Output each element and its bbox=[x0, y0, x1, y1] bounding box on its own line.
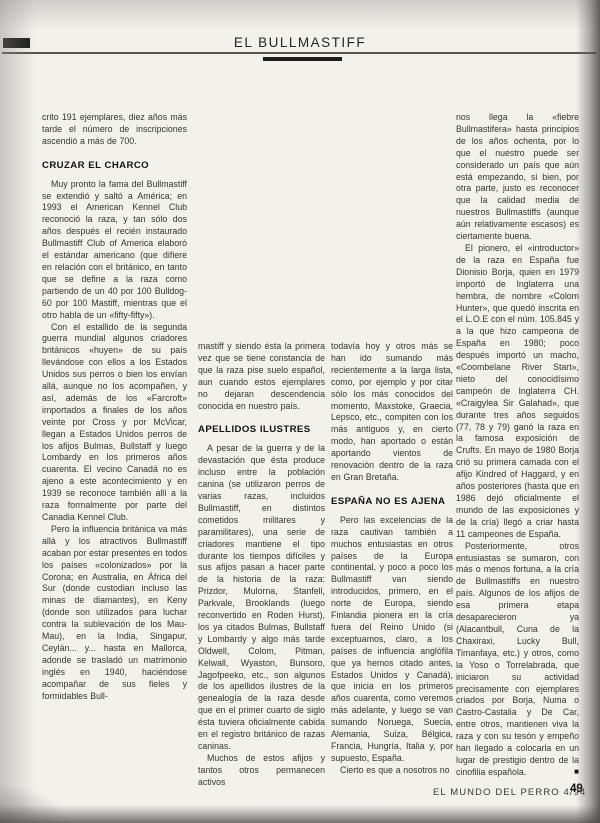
paragraph: todavía hoy y otros más se han ido suman… bbox=[331, 341, 453, 484]
paragraph: mastiff y siendo ésta la primera vez que… bbox=[198, 341, 325, 412]
paragraph: crito 191 ejemplares, diez años más tard… bbox=[42, 112, 187, 148]
article-column-1: crito 191 ejemplares, diez años más tard… bbox=[42, 112, 187, 703]
article-column-4: nos llega la «fiebre Bullmastifera» hast… bbox=[456, 112, 579, 779]
footer-page-number: 49 bbox=[570, 783, 583, 795]
header-rule bbox=[2, 52, 596, 54]
article-column-3: todavía hoy y otros más se han ido suman… bbox=[331, 341, 453, 777]
scan-corner-shadow bbox=[0, 783, 70, 823]
page-header-title: EL BULLMASTIFF bbox=[0, 35, 600, 50]
scan-edge-top bbox=[0, 0, 600, 30]
section-heading: APELLIDOS ILUSTRES bbox=[198, 424, 325, 436]
magazine-page: EL BULLMASTIFF crito 191 ejemplares, die… bbox=[0, 0, 600, 823]
section-heading: CRUZAR EL CHARCO bbox=[42, 160, 187, 172]
paragraph: A pesar de la guerra y de la devastación… bbox=[198, 443, 325, 753]
paragraph: Pero las excelencias de la raza cautivan… bbox=[331, 515, 453, 765]
paragraph: Con el estallido de la segunda guerra mu… bbox=[42, 322, 187, 524]
section-heading: ESPAÑA NO ES AJENA bbox=[331, 496, 453, 508]
paragraph: Posteriormente, otros entusiastas se sum… bbox=[456, 541, 579, 779]
article-end-mark: ■ bbox=[565, 766, 579, 778]
paragraph: Muchos de estos afijos y tantos otros pe… bbox=[198, 753, 325, 789]
paragraph: nos llega la «fiebre Bullmastifera» hast… bbox=[456, 112, 579, 243]
scan-edge-right bbox=[576, 0, 600, 823]
scan-edge-bottom bbox=[0, 805, 600, 823]
paragraph: Muy pronto la fama del Bullmastiff se ex… bbox=[42, 179, 187, 322]
paragraph: Cierto es que a nosotros no bbox=[331, 765, 453, 777]
header-title-underline bbox=[263, 57, 342, 61]
paragraph: El pionero, el «introductor» de la raza … bbox=[456, 243, 579, 541]
footer-magazine-name: EL MUNDO DEL PERRO 4/94 bbox=[433, 787, 586, 798]
scan-edge-left bbox=[0, 0, 36, 823]
paragraph: Pero la influencia británica va más allá… bbox=[42, 524, 187, 703]
article-column-2: mastiff y siendo ésta la primera vez que… bbox=[198, 341, 325, 789]
